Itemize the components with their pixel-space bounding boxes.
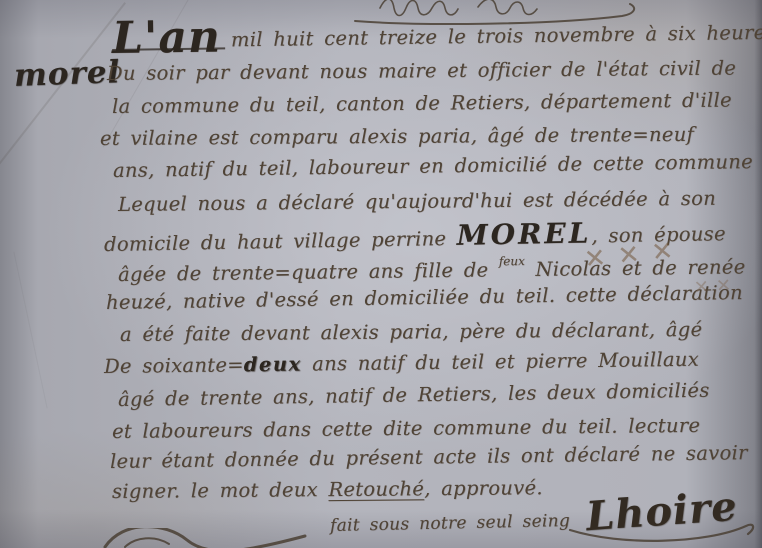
manuscript-line-5: ans, natif du teil, laboureur en domicil…: [113, 150, 753, 182]
manuscript-line-6: Lequel nous a déclaré qu'aujourd'hui est…: [118, 187, 716, 216]
text-segment: a été faite devant alexis paria, père du…: [120, 318, 703, 346]
text-segment: De soixante=: [104, 353, 244, 378]
text-segment: domicile du haut village perrine: [104, 227, 457, 256]
text-segment: mil huit cent treize le trois novembre à…: [231, 21, 762, 52]
text-segment: la commune du teil, canton de Retiers, d…: [112, 89, 732, 118]
text-segment: , approuvé.: [424, 476, 543, 500]
crossout-marks-faded: ✕✕: [693, 274, 739, 298]
underlined-word: Retouché: [328, 477, 424, 501]
manuscript-line-15: signer. le mot deux Retouché, approuvé.: [112, 476, 543, 503]
manuscript-line-3: la commune du teil, canton de Retiers, d…: [112, 89, 732, 118]
retouched-word: deux: [244, 353, 302, 377]
manuscript-line-13: et laboureurs dans cette dite commune du…: [112, 414, 701, 443]
text-segment: signer. le mot deux: [112, 478, 329, 503]
emphasized-name: MOREL: [456, 216, 591, 251]
manuscript-line-14: leur étant donnée du présent acte ils on…: [110, 441, 748, 473]
text-segment: Du soir par devant nous maire et officie…: [107, 57, 736, 85]
text-segment: heuzé, native d'essé en domiciliée du te…: [106, 281, 743, 314]
manuscript-text: L'anmil huit cent treize le trois novemb…: [0, 0, 762, 548]
interline-insertion: feux: [499, 254, 525, 268]
text-segment: leur étant donnée du présent acte ils on…: [110, 441, 748, 473]
manuscript-line-16: fait sous notre seul seing: [330, 511, 571, 536]
manuscript-line-11: De soixante=deux ans natif du teil et pi…: [104, 348, 699, 378]
text-segment: ans natif du teil et pierre Mouillaux: [302, 348, 700, 376]
manuscript-line-4: et vilaine est comparu alexis paria, âgé…: [100, 123, 694, 150]
text-segment: âgée de trente=quatre ans fille de: [118, 258, 499, 286]
text-segment: Lequel nous a déclaré qu'aujourd'hui est…: [118, 187, 716, 216]
large-initial: L'an: [112, 27, 225, 51]
text-segment: et laboureurs dans cette dite commune du…: [112, 414, 701, 443]
text-segment: âgé de trente ans, natif de Retiers, les…: [118, 379, 710, 411]
manuscript-line-9: heuzé, native d'essé en domiciliée du te…: [106, 281, 743, 314]
text-segment: ans, natif du teil, laboureur en domicil…: [113, 150, 753, 182]
manuscript-line-1: L'anmil huit cent treize le trois novemb…: [112, 15, 762, 53]
manuscript-line-10: a été faite devant alexis paria, père du…: [120, 318, 703, 346]
manuscript-page: morel L'anmil huit cent treize le trois …: [0, 0, 762, 548]
manuscript-line-2: Du soir par devant nous maire et officie…: [107, 57, 736, 85]
text-segment: fait sous notre seul seing: [330, 511, 571, 536]
text-segment: et vilaine est comparu alexis paria, âgé…: [100, 123, 694, 150]
manuscript-line-12: âgé de trente ans, natif de Retiers, les…: [118, 379, 710, 411]
